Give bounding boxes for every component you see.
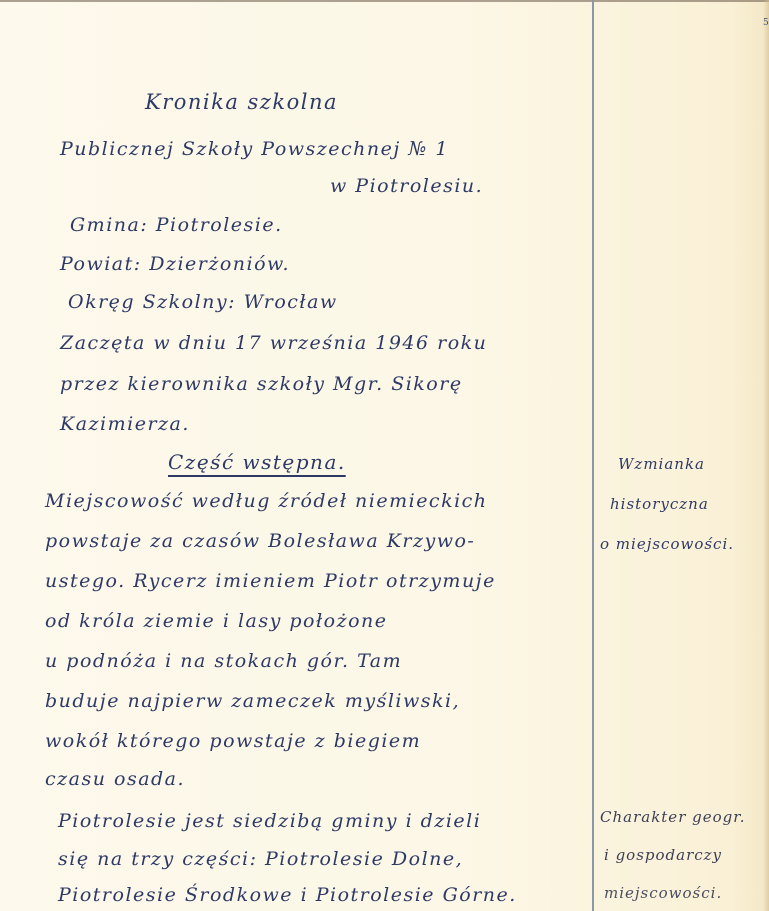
chronicle-page: 5 Kronika szkolna Publicznej Szkoły Pows… bbox=[0, 0, 769, 911]
meta-okreg-szkolny: Okręg Szkolny: Wrocław bbox=[68, 291, 338, 313]
body-line: Miejscowość według źródeł niemieckich bbox=[45, 490, 488, 512]
body-line: buduje najpierw zameczek myśliwski, bbox=[45, 690, 460, 712]
body-line: ustego. Rycerz imieniem Piotr otrzymuje bbox=[45, 570, 496, 592]
opening-line: Zaczęta w dniu 17 września 1946 roku bbox=[60, 332, 487, 354]
body-line: się na trzy części: Piotrolesie Dolne, bbox=[58, 848, 463, 870]
body-line: od króla ziemie i lasy położone bbox=[45, 610, 388, 632]
margin-rule-line bbox=[592, 0, 594, 911]
page-top-edge bbox=[0, 0, 769, 2]
margin-note-history: o miejscowości. bbox=[600, 535, 734, 553]
margin-note-history: historyczna bbox=[610, 495, 709, 513]
page-right-edge bbox=[763, 0, 769, 911]
body-line: powstaje za czasów Bolesława Krzywo- bbox=[45, 530, 475, 552]
meta-gmina: Gmina: Piotrolesie. bbox=[70, 214, 283, 236]
document-title: Kronika szkolna bbox=[145, 90, 338, 114]
body-line: wokół którego powstaje z biegiem bbox=[45, 730, 421, 752]
margin-note-character: Charakter geogr. bbox=[600, 808, 746, 826]
section-heading: Część wstępna. bbox=[168, 450, 346, 474]
school-name-line1: Publicznej Szkoły Powszechnej № 1 bbox=[60, 138, 449, 160]
body-line: u podnóża i na stokach gór. Tam bbox=[45, 650, 402, 672]
margin-note-character: miejscowości. bbox=[604, 884, 722, 902]
opening-line: przez kierownika szkoły Mgr. Sikorę bbox=[60, 373, 463, 395]
school-name-line2: w Piotrolesiu. bbox=[330, 175, 483, 197]
body-line: czasu osada. bbox=[45, 768, 185, 790]
page-number: 5 bbox=[763, 18, 769, 28]
margin-note-character: i gospodarczy bbox=[604, 846, 722, 864]
body-line: Piotrolesie jest siedzibą gminy i dzieli bbox=[58, 810, 481, 832]
body-line: Piotrolesie Środkowe i Piotrolesie Górne… bbox=[58, 884, 517, 906]
margin-note-history: Wzmianka bbox=[618, 455, 705, 473]
meta-powiat: Powiat: Dzierżoniów. bbox=[60, 253, 290, 275]
opening-line: Kazimierza. bbox=[60, 413, 190, 435]
